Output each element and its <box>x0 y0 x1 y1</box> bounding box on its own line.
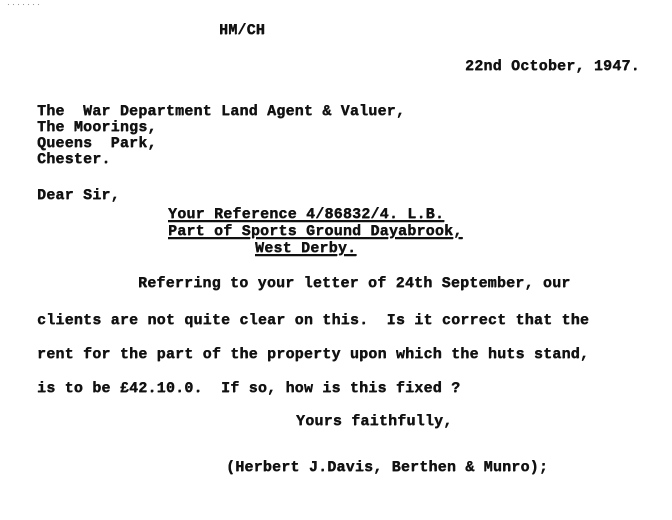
subject-line: Your Reference 4/86832/4. L.B. <box>168 206 444 223</box>
letter-date: 22nd October, 1947. <box>465 58 640 75</box>
body-line: is to be £42.10.0. If so, how is this fi… <box>37 380 460 397</box>
address-line: Chester. <box>37 151 111 168</box>
scan-artifact <box>6 2 40 8</box>
address-line: Queens Park, <box>37 135 157 152</box>
reference-mark: HM/CH <box>219 22 265 39</box>
closing: Yours faithfully, <box>296 413 452 430</box>
body-line: Referring to your letter of 24th Septemb… <box>138 275 570 292</box>
body-line: clients are not quite clear on this. Is … <box>37 312 589 329</box>
address-line: The War Department Land Agent & Valuer, <box>37 103 405 120</box>
subject-line: Part of Sports Ground Dayabrook, <box>168 223 462 240</box>
subject-line: West Derby. <box>255 240 356 257</box>
address-line: The Moorings, <box>37 119 157 136</box>
signature: (Herbert J.Davis, Berthen & Munro); <box>226 459 548 476</box>
salutation: Dear Sir, <box>37 187 120 204</box>
body-line: rent for the part of the property upon w… <box>37 346 589 363</box>
